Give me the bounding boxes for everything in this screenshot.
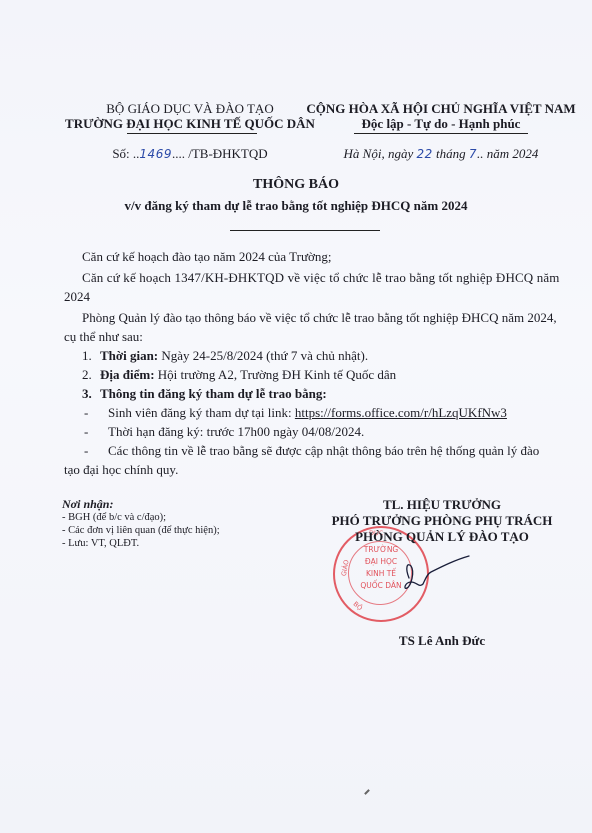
signer-name: TS Lê Anh Đức	[318, 633, 566, 649]
scan-speck	[364, 789, 370, 795]
item-number: 2.	[82, 367, 100, 383]
basis-2-line1: Căn cứ kế hoạch 1347/KH-ĐHKTQD về việc t…	[82, 270, 560, 286]
item-text: Hội trường A2, Trường ĐH Kinh tế Quốc dâ…	[155, 367, 397, 382]
day-handwritten: 22	[417, 147, 433, 161]
dash: -	[84, 405, 108, 421]
recipients-title: Nơi nhận:	[62, 497, 113, 512]
bullet-deadline: -Thời hạn đăng ký: trước 17h00 ngày 04/0…	[84, 424, 364, 440]
stamp-ring-text: BỘ	[352, 600, 364, 612]
item-number: 1.	[82, 348, 100, 364]
document-page: BỘ GIÁO DỤC VÀ ĐÀO TẠO TRƯỜNG ĐẠI HỌC KI…	[0, 0, 592, 833]
deadline-text: Thời hạn đăng ký: trước 17h00 ngày 04/08…	[108, 424, 364, 439]
bullet-update: -Các thông tin về lễ trao bằng sẽ được c…	[84, 443, 539, 459]
school-underline	[127, 133, 257, 134]
recipient-item: - Lưu: VT, QLĐT.	[62, 538, 139, 549]
register-text: Sinh viên đăng ký tham dự tại link:	[108, 405, 295, 420]
recipient-item: - Các đơn vị liên quan (để thực hiện);	[62, 525, 220, 536]
item-label: Địa điểm:	[100, 367, 155, 382]
month-label: tháng	[433, 146, 469, 161]
document-title: THÔNG BÁO	[0, 177, 592, 193]
basis-1: Căn cứ kế hoạch đào tạo năm 2024 của Trư…	[82, 249, 332, 265]
place-prefix: Hà Nội, ngày	[344, 146, 417, 161]
basis-2-line2: 2024	[64, 289, 90, 305]
dash: -	[84, 424, 108, 440]
item-label: Thời gian:	[100, 348, 158, 363]
item-location: 2.Địa điểm: Hội trường A2, Trường ĐH Kin…	[82, 367, 396, 383]
place-date: Hà Nội, ngày 22 tháng 7.. năm 2024	[300, 146, 582, 162]
recipient-item: - BGH (để b/c và c/đạo);	[62, 512, 166, 523]
item-label: Thông tin đăng ký tham dự lễ trao bằng:	[100, 386, 327, 401]
school-name: TRƯỜNG ĐẠI HỌC KINH TẾ QUỐC DÂN	[60, 116, 320, 132]
national-motto: Độc lập - Tự do - Hạnh phúc	[300, 116, 582, 132]
title-underline	[230, 230, 380, 231]
signature-title-2: PHÓ TRƯỞNG PHÒNG PHỤ TRÁCH	[318, 513, 566, 529]
item-text: Ngày 24-25/8/2024 (thứ 7 và chủ nhật).	[158, 348, 368, 363]
month-handwritten: 7	[469, 147, 477, 161]
motto-underline	[354, 133, 528, 134]
signature-title-1: TL. HIỆU TRƯỞNG	[318, 497, 566, 513]
doc-no-suffix: .... /TB-ĐHKTQD	[172, 146, 268, 161]
update-text-line2: tạo đại học chính quy.	[64, 462, 178, 478]
intro-line2: cụ thể như sau:	[64, 329, 143, 345]
ministry-name: BỘ GIÁO DỤC VÀ ĐÀO TẠO	[60, 101, 320, 117]
dash: -	[84, 443, 108, 459]
item-time: 1.Thời gian: Ngày 24-25/8/2024 (thứ 7 và…	[82, 348, 368, 364]
doc-no-handwritten: 1469	[139, 147, 172, 161]
item-registration-info: 3.Thông tin đăng ký tham dự lễ trao bằng…	[82, 386, 327, 402]
doc-no-prefix: Số: ..	[112, 146, 139, 161]
document-number: Số: ..1469.... /TB-ĐHKTQD	[60, 146, 320, 162]
registration-link[interactable]: https://forms.office.com/r/hLzqUKfNw3	[295, 405, 507, 420]
republic-name: CỘNG HÒA XÃ HỘI CHỦ NGHĨA VIỆT NAM	[300, 101, 582, 117]
document-subtitle: v/v đăng ký tham dự lễ trao bằng tốt ngh…	[0, 198, 592, 214]
year-text: .. năm 2024	[477, 146, 538, 161]
handwritten-signature	[395, 548, 475, 598]
intro-line1: Phòng Quản lý đào tạo thông báo về việc …	[82, 310, 557, 326]
item-number: 3.	[82, 386, 100, 402]
bullet-register: -Sinh viên đăng ký tham dự tại link: htt…	[84, 405, 507, 421]
signature-title-3: PHÒNG QUẢN LÝ ĐÀO TẠO	[318, 529, 566, 545]
update-text-line1: Các thông tin về lễ trao bằng sẽ được cậ…	[108, 443, 539, 458]
